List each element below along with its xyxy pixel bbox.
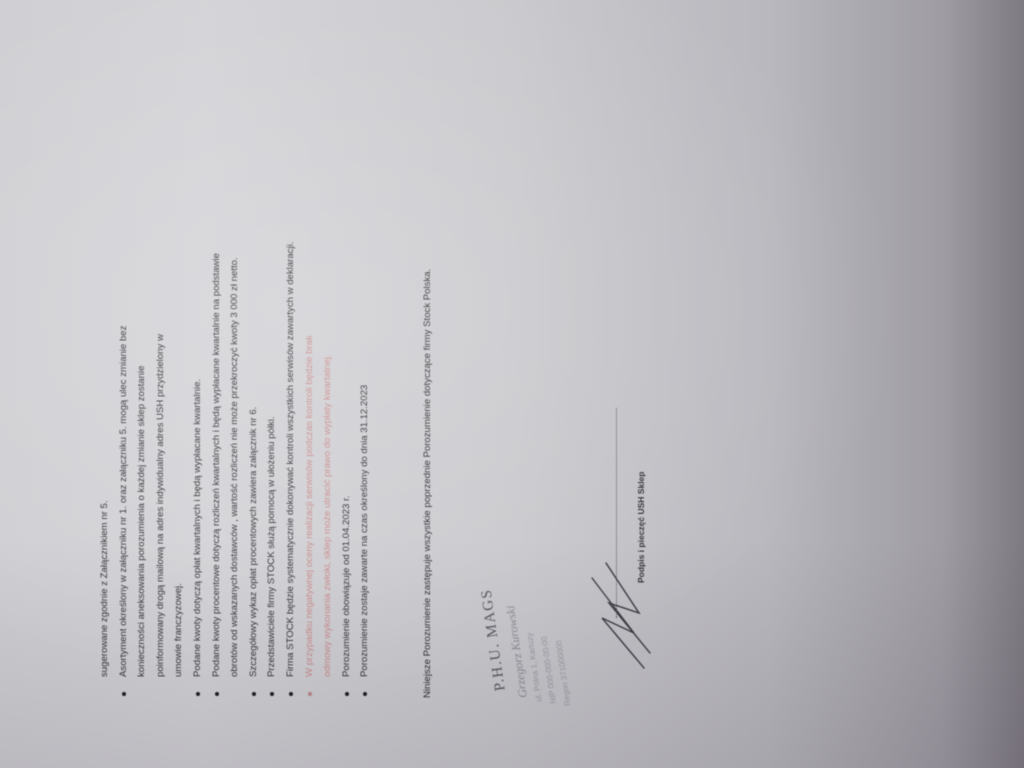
bullet-text-line: Przedstawiciele firmy STOCK służą pomocą… [263,98,282,677]
document-body: sugerowane zgodnie z Załącznikiem nr 5. … [96,98,375,698]
bullet-item: Asortyment określony w załączniku nr 1. … [115,98,189,698]
bullet-icon [308,692,312,696]
bullet-item: Porozumienie zostaje zawarte na czas okr… [356,98,375,698]
bullet-text-line: obrotów od wskazanych dostawców , wartoś… [226,98,245,677]
bullet-text-line: umowie franczyzowej. [170,98,189,677]
signature-caption: Podpis i pieczęć USH Sklep [636,472,646,583]
bullet-item: Porozumienie obowiązuje od 01.04.2023 r. [338,98,357,698]
continuation-line: sugerowane zgodnie z Załącznikiem nr 5. [96,98,115,698]
bullet-icon [270,692,274,696]
bullet-icon [122,692,126,696]
bullet-text-line: Szczegółowy wykaz opłat procentowych zaw… [245,98,264,677]
bullet-text-line: konieczności aneksowania porozumienia o … [133,98,152,677]
signature-line [616,408,617,618]
bullet-icon [252,692,256,696]
bullet-icon [289,692,293,696]
document-page: sugerowane zgodnie z Załącznikiem nr 5. … [96,0,716,768]
bullet-item: Firma STOCK będzie systematycznie dokony… [282,98,301,698]
bullet-item: Szczegółowy wykaz opłat procentowych zaw… [245,98,264,698]
bullet-text-line: poinformowany drogą mailową na adres ind… [152,98,171,677]
bullet-text-line: odmowy wykonania zwłoki, sklep może utra… [319,98,338,677]
bullet-item: Podane kwoty procentowe dotyczą rozlicze… [208,98,245,698]
bullet-text-line: Porozumienie zostaje zawarte na czas okr… [356,98,375,677]
bullet-text-line: Asortyment określony w załączniku nr 1. … [115,98,134,677]
bullet-item: W przypadku negatywnej oceny realizacji … [301,98,338,698]
bullet-item: Podane kwoty dotyczą opłat kwartalnych i… [189,98,208,698]
bullet-text-line: Firma STOCK będzie systematycznie dokony… [282,98,301,677]
bullet-text-line: Podane kwoty procentowe dotyczą rozlicze… [208,98,227,677]
bullet-icon [363,692,367,696]
bullet-icon [345,692,349,696]
stamp-company-name: P.H.U. MAGS [478,587,509,692]
closing-statement: Niniejsze Porozumienie zastępuje wszystk… [422,269,433,698]
bullet-icon [215,692,219,696]
bullet-list: Asortyment określony w załączniku nr 1. … [115,98,375,698]
bullet-icon [196,692,200,696]
bullet-text-line: Podane kwoty dotyczą opłat kwartalnych i… [189,98,208,677]
bullet-item: Przedstawiciele firmy STOCK służą pomocą… [263,98,282,698]
bullet-text-line: Porozumienie obowiązuje od 01.04.2023 r. [338,98,357,677]
bullet-text-line: W przypadku negatywnej oceny realizacji … [301,98,320,677]
